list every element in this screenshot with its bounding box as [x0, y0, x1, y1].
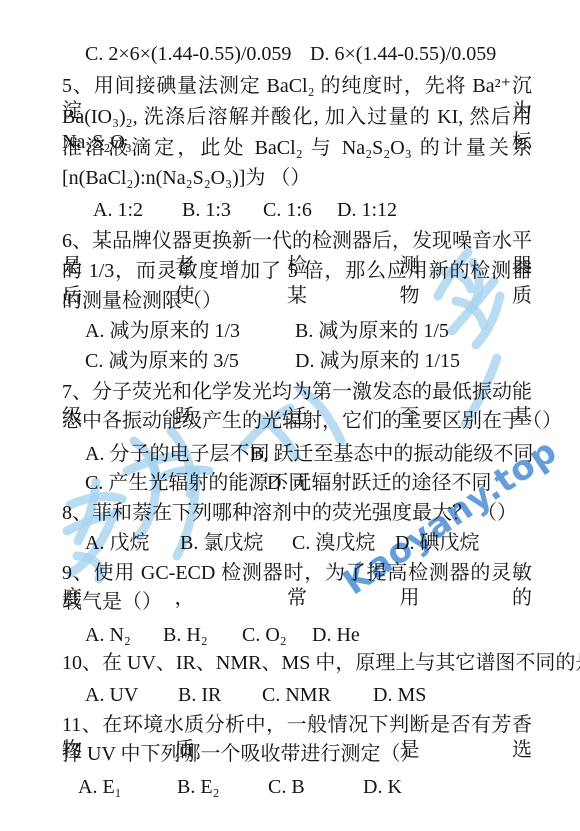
q9-option-a: A. N₂ [85, 623, 131, 648]
q11-option-d: D. K [363, 775, 402, 800]
q7-option-b: B. 跃迁至基态中的振动能级不同 [250, 442, 533, 467]
q5-options-row: A. 1:2 B. 1:3 C. 1:6 D. 1:12 [0, 198, 580, 223]
q8-option-c: C. 溴戊烷 [292, 531, 375, 556]
q11-option-c: C. B [268, 775, 305, 800]
q7-line-2: 态中各振动能级产生的光辐射，它们的主要区别在于（） [62, 409, 532, 434]
q10-line-1: 10、在 UV、IR、NMR、MS 中，原理上与其它谱图不同的是（） [62, 651, 532, 676]
q10-option-b: B. IR [178, 683, 221, 708]
q5-option-c: C. 1:6 [263, 198, 312, 223]
q5-option-b: B. 1:3 [182, 198, 231, 223]
q8-option-d: D. 碘戊烷 [395, 531, 479, 556]
q11-option-a: A. E₁ [78, 775, 122, 800]
q5-option-d: D. 1:12 [337, 198, 397, 223]
q6-option-c: C. 减为原来的 3/5 [85, 349, 239, 374]
q7-option-a: A. 分子的电子层不同 [85, 442, 269, 467]
q9-option-d: D. He [312, 623, 360, 648]
q11-option-b: B. E₂ [177, 775, 220, 800]
q7-option-d: D. 无辐射跃迁的途径不同 [267, 471, 491, 496]
q7-options-row-1: A. 分子的电子层不同 B. 跃迁至基态中的振动能级不同 [0, 442, 580, 467]
exam-page: Kaoyany.top C. 2×6×(1.44-0.55)/0.059 D. … [0, 0, 580, 831]
q4-options-row: C. 2×6×(1.44-0.55)/0.059 D. 6×(1.44-0.55… [0, 42, 580, 67]
q10-options-row: A. UV B. IR C. NMR D. MS [0, 683, 580, 708]
q10-option-c: C. NMR [262, 683, 331, 708]
q5-option-a: A. 1:2 [93, 198, 143, 223]
q6-option-b: B. 减为原来的 1/5 [295, 319, 449, 344]
q8-option-b: B. 氯戊烷 [180, 531, 263, 556]
q8-option-a: A. 戊烷 [85, 531, 149, 556]
q6-options-row-1: A. 减为原来的 1/3 B. 减为原来的 1/5 [0, 319, 580, 344]
q11-options-row: A. E₁ B. E₂ C. B D. K [0, 775, 580, 800]
q7-options-row-2: C. 产生光辐射的能源不同 D. 无辐射跃迁的途径不同 [0, 471, 580, 496]
q4-option-c: C. 2×6×(1.44-0.55)/0.059 [85, 42, 291, 67]
q8-line-1: 8、菲和萘在下列哪种溶剂中的荧光强度最大？ （） [62, 501, 532, 526]
q9-option-c: C. O₂ [242, 623, 287, 648]
q11-line-2: 择 UV 中下列哪一个吸收带进行测定（） [62, 742, 532, 767]
q6-line-3: 的测量检测限（） [62, 289, 532, 314]
q5-line-4: [n(BaCl₂):n(Na₂S₂O₃)]为 （） [62, 166, 532, 191]
q6-option-d: D. 减为原来的 1/15 [295, 349, 460, 374]
q9-option-b: B. H₂ [163, 623, 208, 648]
q10-option-a: A. UV [85, 683, 138, 708]
q6-option-a: A. 减为原来的 1/3 [85, 319, 240, 344]
q4-option-d: D. 6×(1.44-0.55)/0.059 [310, 42, 496, 67]
q10-option-d: D. MS [373, 683, 426, 708]
q9-line-2: 载气是（） [62, 590, 532, 615]
q6-options-row-2: C. 减为原来的 3/5 D. 减为原来的 1/15 [0, 349, 580, 374]
q5-line-3: 准溶液滴定，此处 BaCl₂ 与 Na₂S₂O₃ 的计量关系 [62, 136, 532, 161]
q9-options-row: A. N₂ B. H₂ C. O₂ D. He [0, 623, 580, 648]
q8-options-row: A. 戊烷 B. 氯戊烷 C. 溴戊烷 D. 碘戊烷 [0, 531, 580, 556]
